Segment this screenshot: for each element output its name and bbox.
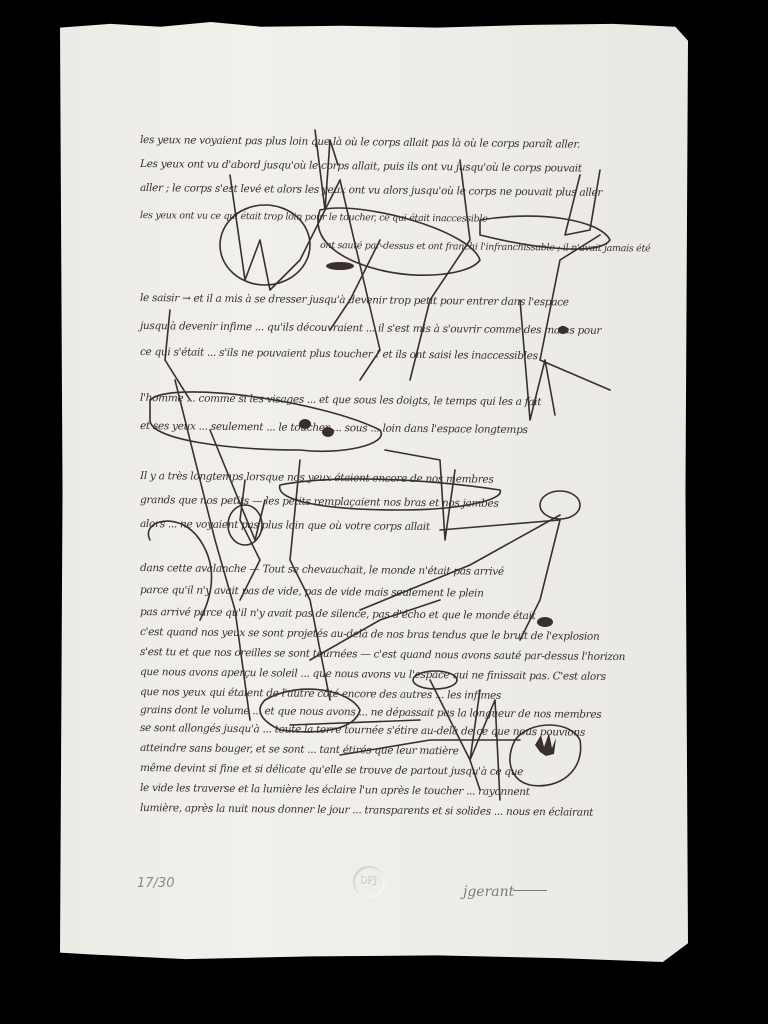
blind-stamp-emboss: DPJ — [353, 866, 385, 898]
artist-signature: jgerant — [463, 884, 514, 900]
edition-number: 17/30 — [137, 876, 174, 891]
ink-drawing-overlay — [0, 0, 768, 1024]
